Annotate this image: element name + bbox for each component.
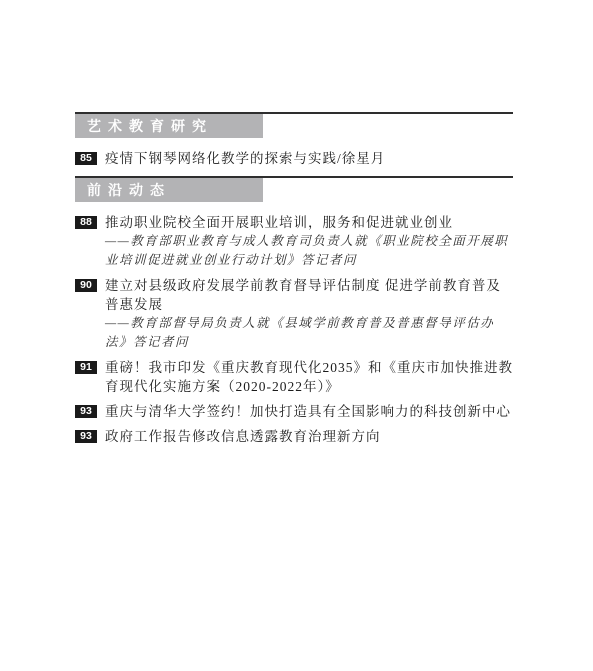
entry-text: 重庆与清华大学签约！加快打造具有全国影响力的科技创新中心 [105,402,513,421]
page-number-badge: 93 [75,405,97,418]
page-number-badge: 91 [75,361,97,374]
entry-subtitle: ——教育部督导局负责人就《县域学前教育普及普惠督导评估办法》答记者问 [105,314,513,352]
section-art-education-research: 艺术教育研究 85 疫情下钢琴网络化教学的探索与实践/徐星月 [75,112,513,168]
entry-text: 推动职业院校全面开展职业培训，服务和促进就业创业 ——教育部职业教育与成人教育司… [105,213,513,270]
toc-entry: 93 重庆与清华大学签约！加快打造具有全国影响力的科技创新中心 [75,402,513,421]
toc-entry: 85 疫情下钢琴网络化教学的探索与实践/徐星月 [75,149,513,168]
section-title: 前沿动态 [87,182,171,198]
section-entries: 88 推动职业院校全面开展职业培训，服务和促进就业创业 ——教育部职业教育与成人… [75,213,513,446]
toc-entry: 93 政府工作报告修改信息透露教育治理新方向 [75,427,513,446]
entry-title: 政府工作报告修改信息透露教育治理新方向 [105,427,513,446]
page-number-badge: 93 [75,430,97,443]
toc-entry: 88 推动职业院校全面开展职业培训，服务和促进就业创业 ——教育部职业教育与成人… [75,213,513,270]
entry-text: 疫情下钢琴网络化教学的探索与实践/徐星月 [105,149,513,168]
section-divider-rule: 艺术教育研究 [75,112,513,138]
entry-title: 疫情下钢琴网络化教学的探索与实践/徐星月 [105,149,513,168]
entry-text: 政府工作报告修改信息透露教育治理新方向 [105,427,513,446]
entry-title: 重庆与清华大学签约！加快打造具有全国影响力的科技创新中心 [105,402,513,421]
toc-entry: 90 建立对县级政府发展学前教育督导评估制度 促进学前教育普及普惠发展 ——教育… [75,276,513,352]
toc-page-content: 艺术教育研究 85 疫情下钢琴网络化教学的探索与实践/徐星月 前沿动态 88 推… [75,112,513,452]
section-frontier-trends: 前沿动态 88 推动职业院校全面开展职业培训，服务和促进就业创业 ——教育部职业… [75,176,513,446]
entry-text: 重磅！我市印发《重庆教育现代化2035》和《重庆市加快推进教育现代化实施方案（2… [105,358,513,396]
section-banner: 艺术教育研究 [75,114,263,138]
page-number-badge: 88 [75,216,97,229]
entry-title: 建立对县级政府发展学前教育督导评估制度 促进学前教育普及普惠发展 [105,276,513,314]
section-title: 艺术教育研究 [87,118,213,134]
toc-entry: 91 重磅！我市印发《重庆教育现代化2035》和《重庆市加快推进教育现代化实施方… [75,358,513,396]
section-banner: 前沿动态 [75,178,263,202]
page-number-badge: 85 [75,152,97,165]
entry-title: 重磅！我市印发《重庆教育现代化2035》和《重庆市加快推进教育现代化实施方案（2… [105,358,513,396]
entry-subtitle: ——教育部职业教育与成人教育司负责人就《职业院校全面开展职业培训促进就业创业行动… [105,232,513,270]
section-divider-rule: 前沿动态 [75,176,513,202]
section-entries: 85 疫情下钢琴网络化教学的探索与实践/徐星月 [75,149,513,168]
entry-text: 建立对县级政府发展学前教育督导评估制度 促进学前教育普及普惠发展 ——教育部督导… [105,276,513,352]
entry-title: 推动职业院校全面开展职业培训，服务和促进就业创业 [105,213,513,232]
page-number-badge: 90 [75,279,97,292]
